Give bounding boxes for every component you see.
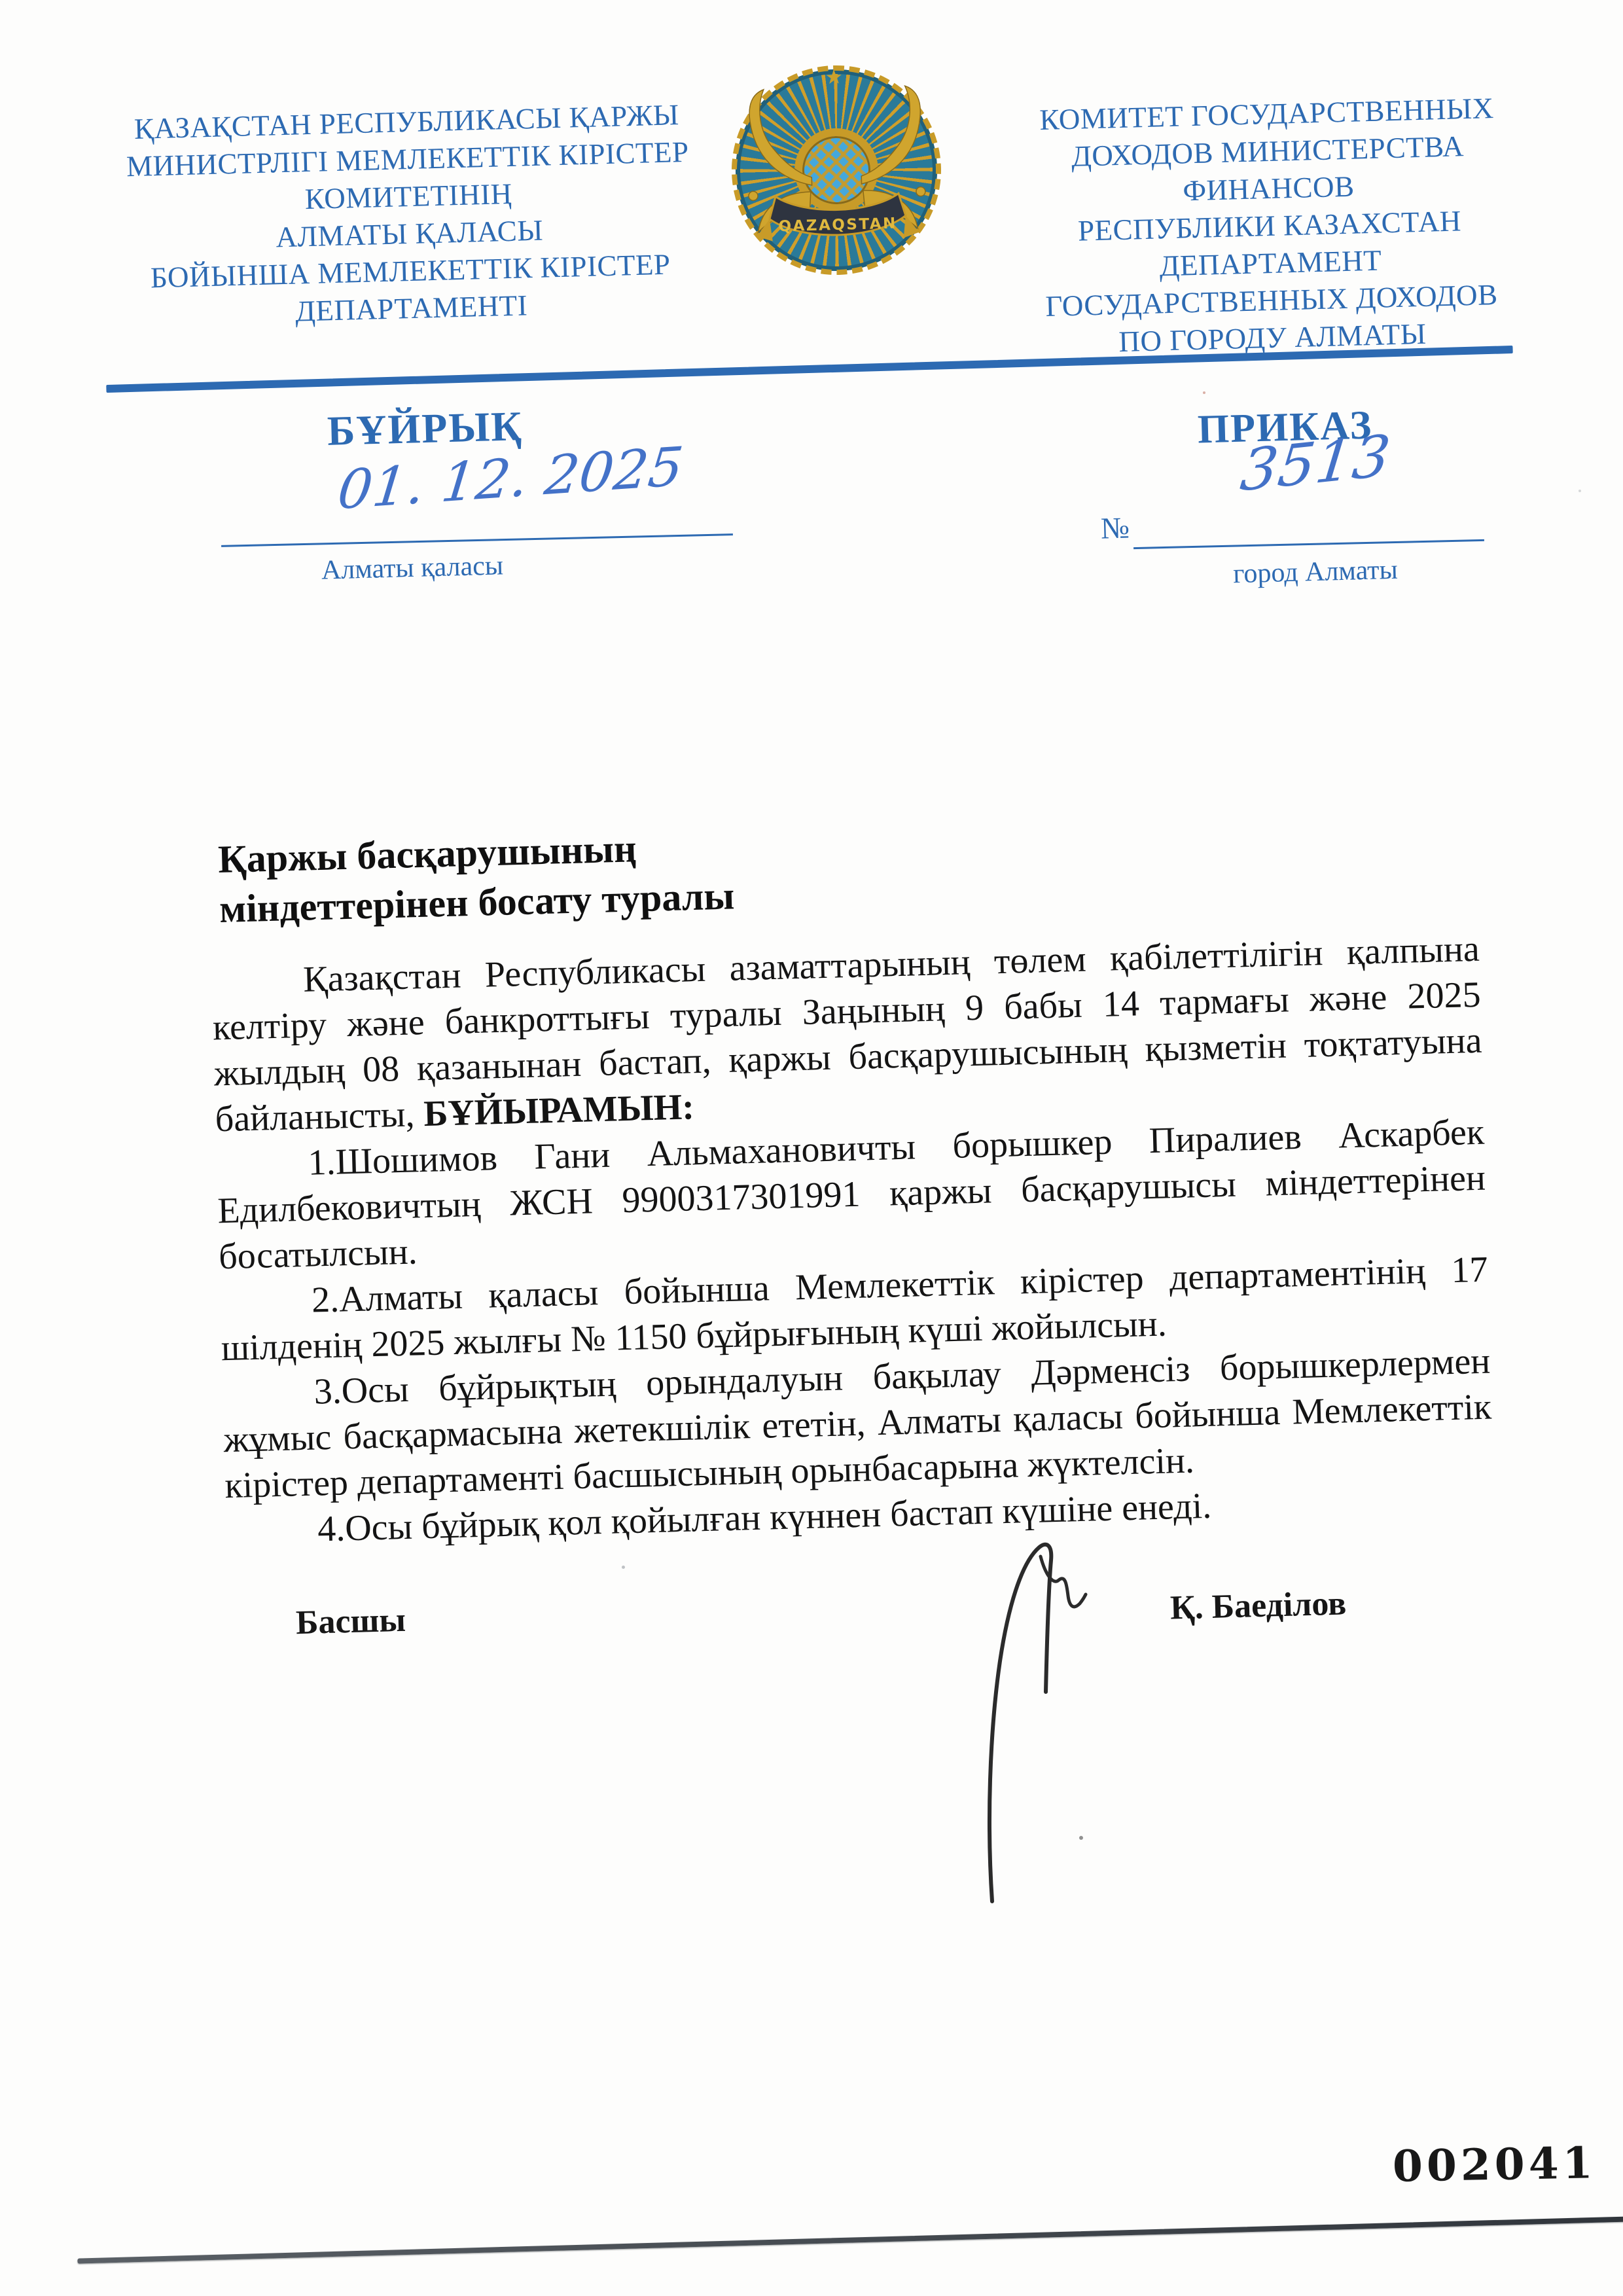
signer-position-label: Басшы	[295, 1601, 406, 1642]
signer-name: Қ. Баеділов	[1169, 1584, 1347, 1627]
scan-speck	[1203, 391, 1205, 394]
handwritten-signature	[942, 1517, 1152, 2054]
scan-speck	[622, 1566, 625, 1569]
org-name-kazakh: ҚАЗАҚСТАН РЕСПУБЛИКАСЫ ҚАРЖЫ МИНИСТРЛІГІ…	[118, 96, 700, 335]
ink-dot	[1079, 1836, 1083, 1840]
scan-page-edge	[77, 2215, 1623, 2263]
org-line: ДОХОДОВ МИНИСТЕРСТВА ФИНАНСОВ	[999, 126, 1537, 214]
number-sign: №	[1100, 510, 1130, 545]
signature-stroke	[990, 1545, 1051, 1901]
kazakhstan-state-emblem: QAZAQSTAN	[729, 63, 944, 278]
number-underline	[1133, 539, 1484, 549]
emblem-decoration: QAZAQSTAN	[729, 63, 944, 278]
header-divider-rule	[106, 346, 1512, 393]
date-underline	[221, 533, 733, 547]
intro-text: Қазақстан Республикасы азаматтарының төл…	[212, 929, 1482, 1140]
place-label-ru: город Алматы	[1184, 553, 1446, 591]
order-word: БҰЙЫРАМЫН:	[423, 1086, 695, 1134]
order-title-kk: БҰЙРЫҚ	[327, 402, 523, 456]
form-serial-number: 002041	[1392, 2137, 1597, 2191]
emblem-star-icon	[826, 69, 842, 84]
place-label-kk: Алматы қаласы	[268, 548, 556, 588]
order-heading-kazakh: БҰЙРЫҚ 01. 12. 2025 Алматы қаласы	[151, 401, 805, 597]
order-subject: Қаржы басқарушының міндеттерінен босату …	[217, 812, 1071, 934]
intro-paragraph: Қазақстан Республикасы азаматтарының төл…	[211, 926, 1484, 1143]
org-name-russian: КОМИТЕТ ГОСУДАРСТВЕННЫХ ДОХОДОВ МИНИСТЕР…	[998, 88, 1541, 363]
emblem-caption: QAZAQSTAN	[778, 215, 897, 236]
scan-speck	[1578, 490, 1581, 492]
order-heading-russian: ПРИКАЗ 3513 № город Алматы	[1047, 398, 1518, 601]
scanned-order-document: ҚАЗАҚСТАН РЕСПУБЛИКАСЫ ҚАРЖЫ МИНИСТРЛІГІ…	[0, 0, 1623, 2296]
order-body: Қазақстан Республикасы азаматтарының төл…	[211, 926, 1494, 1554]
